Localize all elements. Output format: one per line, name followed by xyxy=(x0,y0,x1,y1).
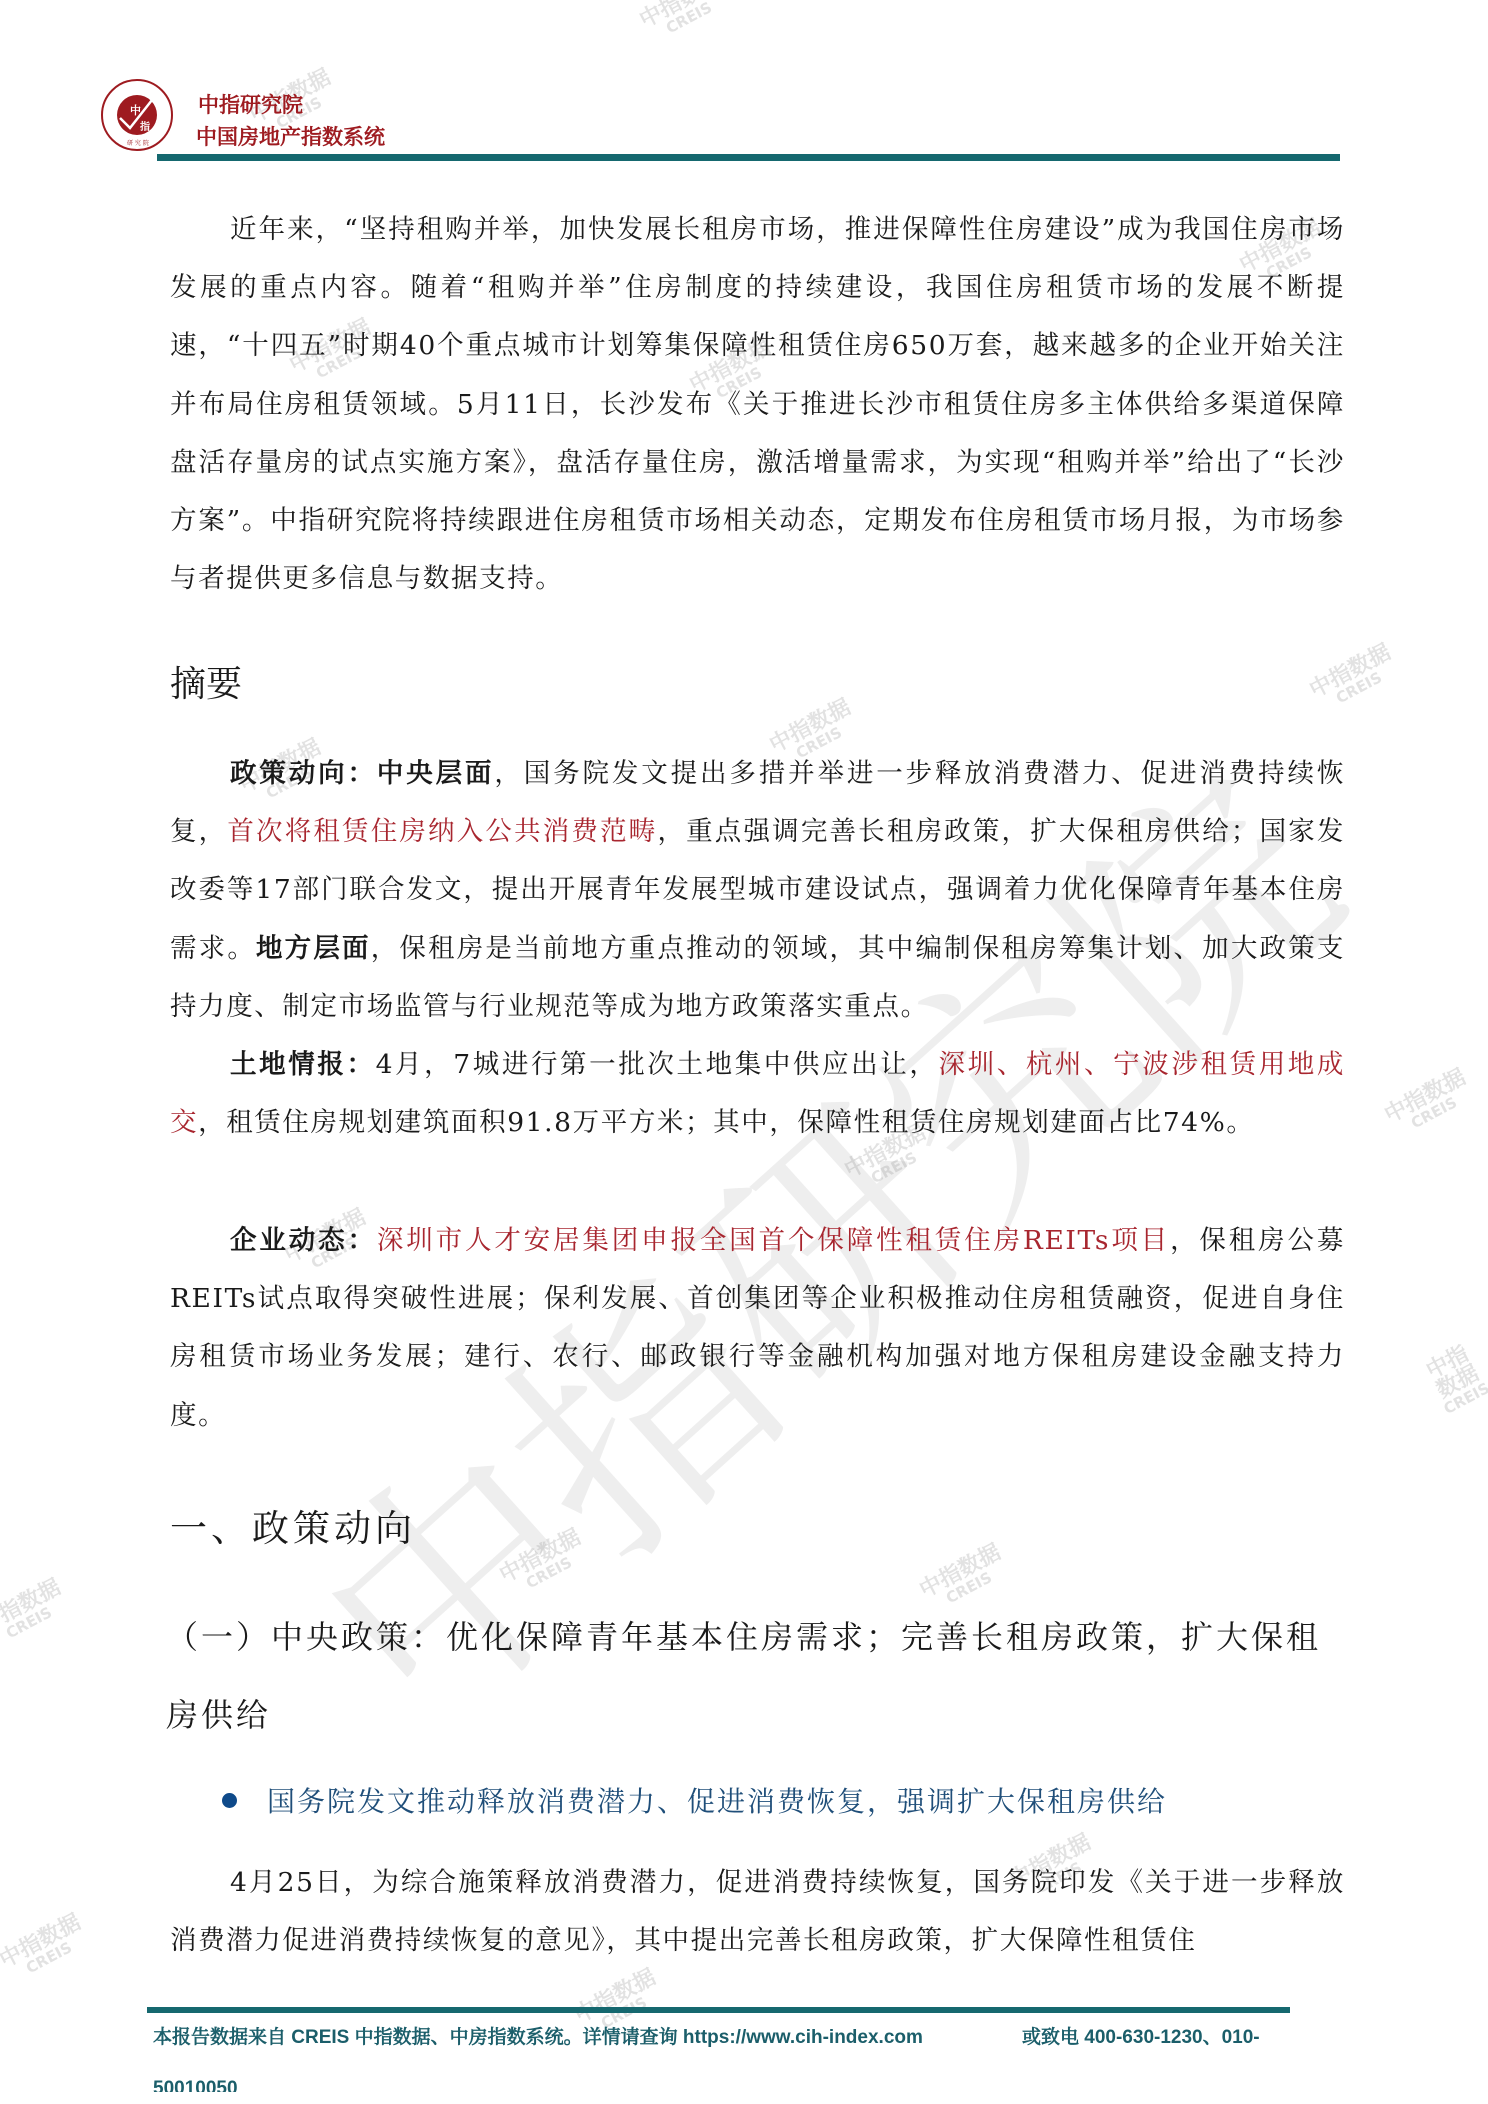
footer-contact-overflow: 50010050 xyxy=(153,2078,238,2092)
enterprise-label: 企业动态： xyxy=(230,1225,377,1256)
section-heading: 一、政策动向 xyxy=(170,1498,416,1552)
enterprise-highlight: 深圳市人才安居集团申报全国首个保障性租赁住房REITs项目 xyxy=(377,1225,1170,1256)
bullet-heading-text: 国务院发文推动释放消费潜力、促进消费恢复，强调扩大保租房供给 xyxy=(267,1780,1167,1820)
policy-highlight: 首次将租赁住房纳入公共消费范畴 xyxy=(227,816,657,847)
bullet-icon xyxy=(222,1793,237,1808)
summary-policy-paragraph: 政策动向：中央层面，国务院发文提出多措并举进一步释放消费潜力、促进消费持续恢复，… xyxy=(170,745,1345,1036)
watermark: 中指数据CREIS xyxy=(0,1912,92,1986)
header-rule xyxy=(157,154,1340,161)
watermark: 中指数据CREIS xyxy=(636,0,731,45)
watermark: 中指数据CREIS xyxy=(496,1527,591,1601)
local-level-label: 地方层面 xyxy=(256,933,371,964)
footer-contact: 或致电 400-630-1230、010- xyxy=(1022,2022,1260,2049)
body-paragraph: 4月25日，为综合施策释放消费潜力，促进消费持续恢复，国务院印发《关于进一步释放… xyxy=(170,1854,1345,1970)
china-index-academy-logo-icon: 中 指 研 究 院 xyxy=(100,78,174,152)
footer-source: 本报告数据来自 CREIS 中指数据、中房指数系统。详情请查询 https://… xyxy=(153,2022,923,2049)
svg-text:研 究 院: 研 究 院 xyxy=(127,139,149,147)
subsection-heading: （一）中央政策：优化保障青年基本住房需求；完善长租房政策，扩大保租房供给 xyxy=(166,1598,1346,1754)
brand-name: 中指研究院 xyxy=(198,89,303,119)
summary-enterprise-paragraph: 企业动态：深圳市人才安居集团申报全国首个保障性租赁住房REITs项目，保租房公募… xyxy=(170,1212,1345,1445)
policy-label: 政策动向： xyxy=(230,758,377,789)
intro-paragraph: 近年来，“坚持租购并举，加快发展长租房市场，推进保障性住房建设”成为我国住房市场… xyxy=(170,201,1345,608)
bullet-heading: 国务院发文推动释放消费潜力、促进消费恢复，强调扩大保租房供给 xyxy=(222,1780,1167,1820)
central-level-label: 中央层面 xyxy=(377,758,495,789)
summary-heading: 摘要 xyxy=(170,656,242,707)
watermark: 中指数据CREIS xyxy=(1306,642,1401,716)
svg-text:中: 中 xyxy=(130,103,141,117)
land-label: 土地情报： xyxy=(230,1049,376,1080)
brand-subtitle: 中国房地产指数系统 xyxy=(196,121,385,151)
watermark: 中指数据CREIS xyxy=(0,1577,72,1651)
svg-text:指: 指 xyxy=(140,120,150,133)
watermark: 中指数据CREIS xyxy=(1415,1339,1488,1421)
watermark: 中指数据CREIS xyxy=(1381,1067,1476,1141)
footer-rule xyxy=(147,2007,1290,2013)
summary-land-paragraph: 土地情报：4月，7城进行第一批次土地集中供应出让，深圳、杭州、宁波涉租赁用地成交… xyxy=(170,1036,1345,1152)
